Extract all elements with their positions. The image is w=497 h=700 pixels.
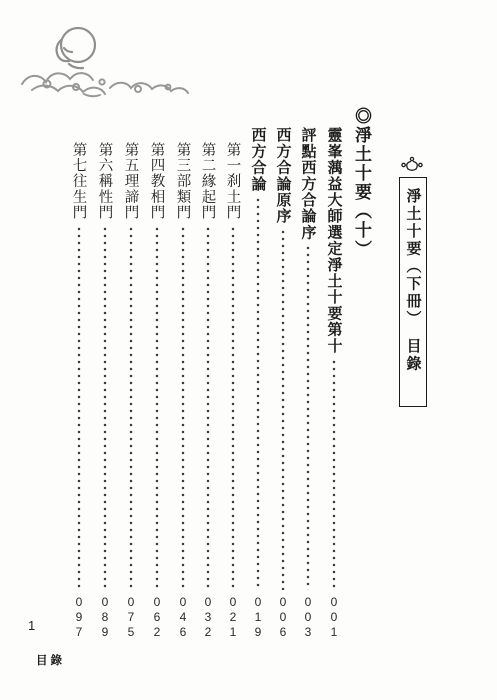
toc-entry-page-number: 001 <box>327 595 341 640</box>
toc-entry-title: 第七往生門 <box>69 142 90 221</box>
toc-entry: 第五理諦門 075 <box>119 142 143 640</box>
toc-entry: 西方合論 019 <box>246 127 270 640</box>
toc-entry-page-number: 046 <box>176 595 190 640</box>
toc-entry-title: 第二緣起門 <box>198 142 219 221</box>
toc-entry: 第六稱性門 089 <box>93 142 117 640</box>
dotted-leader <box>306 246 310 590</box>
toc-entry-page-number: 062 <box>150 595 164 640</box>
toc-entry: 第一刹土門 021 <box>221 142 245 640</box>
floral-flourish-icon <box>401 155 423 173</box>
toc-entry-title: 西方合論 <box>248 127 269 192</box>
dotted-leader <box>77 227 81 591</box>
toc-entry-page-number: 075 <box>124 595 138 640</box>
toc-entry-page-number: 006 <box>276 595 290 640</box>
toc-entry-page-number: 003 <box>301 595 315 640</box>
toc-entry: 西方合論原序 006 <box>271 127 295 640</box>
toc-entry-page-number: 097 <box>72 595 86 640</box>
toc-entry: 第四教相門 062 <box>145 142 169 640</box>
toc-entry: 第七往生門 097 <box>67 142 91 640</box>
dotted-leader <box>129 227 133 591</box>
toc-section-heading: ◎淨土十要（十） <box>346 107 374 259</box>
toc-entry-page-number: 089 <box>98 595 112 640</box>
toc-entry-title: 第五理諦門 <box>121 142 142 221</box>
title-box: 淨土十要（下冊） 目錄 <box>399 177 427 407</box>
dotted-leader <box>256 198 260 590</box>
dotted-leader <box>206 227 210 591</box>
dotted-leader <box>281 230 285 590</box>
toc-entry: 第三部類門 046 <box>171 142 195 640</box>
toc-entry-title: 第四教相門 <box>147 142 168 221</box>
dotted-leader <box>181 227 185 591</box>
folio-number: 1 <box>28 618 35 633</box>
toc-entry-title: 評點西方合論序 <box>298 127 319 240</box>
toc-entry-title: 靈峯蕅益大師選定淨土十要第十 <box>324 127 345 354</box>
running-footer-label: 目錄 <box>36 652 65 668</box>
dotted-leader <box>332 360 336 590</box>
toc-entry: 評點西方合論序 003 <box>296 127 320 640</box>
monk-and-clouds-illustration-icon <box>14 18 192 102</box>
toc-entry-title: 第一刹土門 <box>223 142 244 221</box>
dotted-leader <box>155 227 159 591</box>
toc-entry-page-number: 032 <box>201 595 215 640</box>
dotted-leader <box>231 227 235 591</box>
toc-entry: 第二緣起門 032 <box>196 142 220 640</box>
toc-entry-title: 第六稱性門 <box>95 142 116 221</box>
toc-entry-title: 西方合論原序 <box>273 127 294 224</box>
book-toc-page: 淨土十要（下冊） 目錄 ◎淨土十要（十） 靈峯蕅益大師選定淨土十要第十 001 … <box>0 0 497 700</box>
toc-entry-title: 第三部類門 <box>173 142 194 221</box>
toc-entry-page-number: 021 <box>226 595 240 640</box>
toc-entry: 靈峯蕅益大師選定淨土十要第十 001 <box>322 127 346 640</box>
dotted-leader <box>103 227 107 591</box>
book-title: 淨土十要（下冊） 目錄 <box>403 178 424 406</box>
toc-entry-page-number: 019 <box>251 595 265 640</box>
